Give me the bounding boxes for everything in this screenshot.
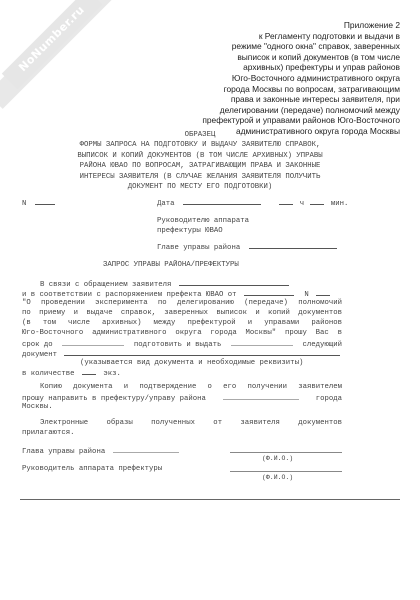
number-field: N: [22, 197, 55, 209]
fio-caption: (Ф.И.О.): [262, 473, 293, 483]
signature-role: Глава управы района: [22, 448, 105, 456]
district-blank[interactable]: [223, 392, 299, 400]
number-label: N: [22, 200, 26, 208]
title-line: РАЙОНА ЮВАО ПО ВОПРОСАМ, ЗАТРАГИВАЮЩИМ П…: [40, 161, 360, 171]
title-line: ИНТЕРЕСЫ ЗАЯВИТЕЛЯ (В СЛУЧАЕ ЖЕЛАНИЯ ЗАЯ…: [40, 172, 360, 182]
deadline-blank[interactable]: [62, 338, 124, 346]
p1-line9: в количестве экз.: [22, 367, 121, 379]
signature-district-head: Глава управы района: [22, 445, 179, 457]
addressee-line: Руководителю аппарата: [157, 216, 249, 226]
date-label: Дата: [157, 200, 175, 208]
document-blank[interactable]: [64, 348, 340, 356]
p1-line3: "О проведении эксперимента по делегирова…: [22, 298, 342, 308]
appendix-line: права и законные интересы заявителя, при: [160, 94, 400, 105]
text: документ: [22, 351, 57, 359]
recipient-blank[interactable]: [231, 338, 293, 346]
p2-line1: Копию документа и подтверждение о его по…: [40, 382, 342, 392]
text: в количестве: [22, 370, 75, 378]
p1-line6: Юго-Восточного административного округа …: [22, 328, 342, 338]
appendix-line: Юго-Восточного административного округа: [160, 73, 400, 84]
appendix-line: города Москвы по вопросам, затрагивающим: [160, 84, 400, 95]
date-field: Дата ч мин.: [157, 197, 348, 209]
appendix-line: Приложение 2: [160, 20, 400, 31]
p3-line2: прилагаются.: [22, 428, 75, 438]
appendix-line: архивных) префектуры и управ районов: [160, 62, 400, 73]
addressee-prefecture: Руководителю аппарата префектуры ЮВАО: [157, 216, 249, 236]
appendix-line: префектурой и управами районов Юго-Восто…: [160, 115, 400, 126]
text: города: [316, 394, 342, 404]
watermark: NoNumber.ru: [2, 0, 102, 89]
number-blank[interactable]: [35, 197, 55, 205]
title-line: ФОРМЫ ЗАПРОСА НА ПОДГОТОВКУ И ВЫДАЧУ ЗАЯ…: [40, 140, 360, 150]
order-number-blank[interactable]: [316, 288, 330, 296]
order-date-blank[interactable]: [244, 288, 294, 296]
addressee-line: префектуры ЮВАО: [157, 226, 249, 236]
p1-line5: (в том числе архивных) между префектурой…: [22, 318, 342, 328]
hours-label: ч: [300, 200, 304, 208]
minutes-blank[interactable]: [310, 197, 324, 205]
hours-blank[interactable]: [279, 197, 293, 205]
request-heading: ЗАПРОС УПРАВЫ РАЙОНА/ПРЕФЕКТУРЫ: [103, 260, 239, 270]
title-line: ДОКУМЕНТ ПО МЕСТУ ЕГО ПОДГОТОВКИ): [40, 182, 360, 192]
p2-line3: Москвы.: [22, 402, 53, 412]
text: экз.: [103, 370, 121, 378]
title-line: ВЫПИСОК И КОПИЙ ДОКУМЕНТОВ (В ТОМ ЧИСЛЕ …: [40, 151, 360, 161]
addressee-district: Главе управы района: [157, 241, 337, 253]
addressee-label: Главе управы района: [157, 244, 240, 252]
title-line: ОБРАЗЕЦ: [40, 130, 360, 140]
appendix-line: выписок и копий документов (в том числе: [160, 52, 400, 63]
appendix-line: делегировании (передаче) полномочий межд…: [160, 105, 400, 116]
appendix-header: Приложение 2 к Регламенту подготовки и в…: [160, 20, 400, 137]
minutes-label: мин.: [331, 200, 349, 208]
district-head-blank[interactable]: [249, 241, 337, 249]
p1-line4: по приему и выдаче справок, заверенных в…: [22, 308, 342, 318]
fio-line[interactable]: [230, 462, 342, 472]
fio-line[interactable]: [230, 443, 342, 453]
signature-role: Руководитель аппарата префектуры: [22, 465, 162, 473]
p3-line1: Электронные образы полученных от заявите…: [40, 418, 342, 428]
appendix-line: к Регламенту подготовки и выдачи в: [160, 31, 400, 42]
date-blank[interactable]: [183, 197, 261, 205]
copies-blank[interactable]: [82, 367, 96, 375]
divider: [20, 499, 400, 500]
signature-blank[interactable]: [113, 445, 179, 453]
p2-line2: прошу направить в префектуру/управу райо…: [22, 392, 342, 404]
appendix-line: режиме "одного окна" справок, заверенных: [160, 41, 400, 52]
signature-prefecture-head: Руководитель аппарата префектуры: [22, 464, 162, 474]
applicant-blank[interactable]: [179, 278, 289, 286]
form-title: ОБРАЗЕЦ ФОРМЫ ЗАПРОСА НА ПОДГОТОВКУ И ВЫ…: [40, 130, 360, 192]
